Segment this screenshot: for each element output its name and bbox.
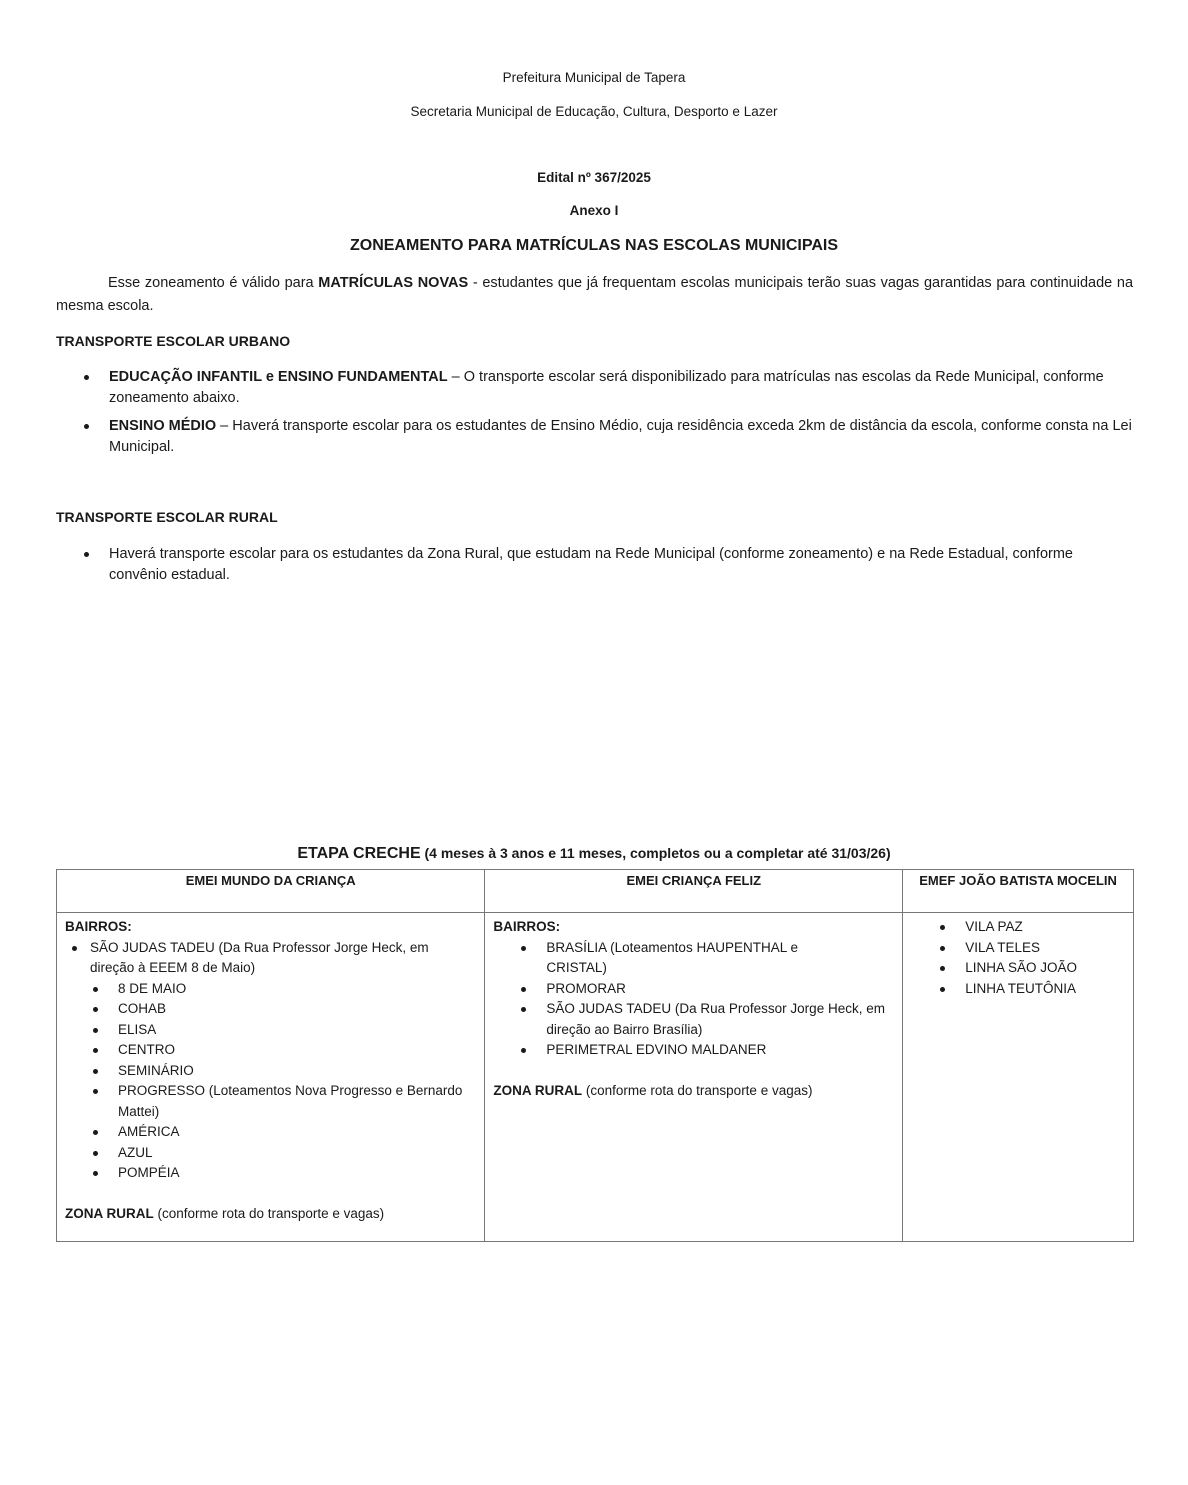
table-header-row: EMEI MUNDO DA CRIANÇA EMEI CRIANÇA FELIZ… xyxy=(57,870,1134,913)
list-item: SÃO JUDAS TADEU (Da Rua Professor Jorge … xyxy=(493,999,894,1040)
table-title-bold: ETAPA CRECHE xyxy=(297,845,420,862)
rural-zone-text: (conforme rota do transporte e vagas) xyxy=(154,1206,384,1221)
list-item: CENTRO xyxy=(65,1040,476,1061)
list-item: VILA TELES xyxy=(911,938,1125,959)
secretariat-name: Secretaria Municipal de Educação, Cultur… xyxy=(0,104,1188,119)
rural-transport-heading: TRANSPORTE ESCOLAR RURAL xyxy=(56,509,278,525)
urban-transport-heading: TRANSPORTE ESCOLAR URBANO xyxy=(56,333,290,349)
table-row: BAIRROS: SÃO JUDAS TADEU (Da Rua Profess… xyxy=(57,913,1134,1242)
neighborhoods-label: BAIRROS: xyxy=(65,917,476,938)
bullet-icon xyxy=(84,552,89,557)
column-header: EMEI MUNDO DA CRIANÇA xyxy=(57,870,485,913)
list-item-text: BRASÍLIA (Loteamentos HAUPENTHAL e CRIST… xyxy=(546,938,826,979)
list-item-text: LINHA SÃO JOÃO xyxy=(965,960,1077,975)
intro-text-pre: Esse zoneamento é válido para xyxy=(108,275,318,291)
bullet-icon xyxy=(940,966,945,971)
rural-zone-label: ZONA RURAL xyxy=(493,1083,582,1098)
list-item: PERIMETRAL EDVINO MALDANER xyxy=(493,1040,894,1061)
bullet-icon xyxy=(93,1171,98,1176)
intro-paragraph: Esse zoneamento é válido para MATRÍCULAS… xyxy=(56,272,1133,318)
table-title-sub: (4 meses à 3 anos e 11 meses, completos … xyxy=(421,845,891,861)
bullet-icon xyxy=(93,1028,98,1033)
list-item: AMÉRICA xyxy=(65,1122,476,1143)
bullet-icon xyxy=(93,1151,98,1156)
bullet-icon xyxy=(93,1130,98,1135)
list-item-bold: ENSINO MÉDIO xyxy=(109,418,216,434)
list-item-text: SEMINÁRIO xyxy=(118,1063,194,1078)
list-item: SÃO JUDAS TADEU (Da Rua Professor Jorge … xyxy=(65,938,476,979)
list-item-text: AMÉRICA xyxy=(118,1124,180,1139)
list-item-text: AZUL xyxy=(118,1145,153,1160)
bullet-icon xyxy=(93,1069,98,1074)
column-header: EMEF JOÃO BATISTA MOCELIN xyxy=(903,870,1134,913)
document-title: ZONEAMENTO PARA MATRÍCULAS NAS ESCOLAS M… xyxy=(0,237,1188,255)
list-item-text: CENTRO xyxy=(118,1042,175,1057)
table-cell-joao-batista-mocelin: VILA PAZ VILA TELES LINHA SÃO JOÃO LINHA… xyxy=(903,913,1134,1242)
list-item: 8 DE MAIO xyxy=(65,979,476,1000)
zoning-table: EMEI MUNDO DA CRIANÇA EMEI CRIANÇA FELIZ… xyxy=(56,869,1134,1242)
list-item: EDUCAÇÃO INFANTIL e ENSINO FUNDAMENTAL –… xyxy=(56,367,1136,409)
list-item-text: Haverá transporte escolar para os estuda… xyxy=(109,546,1073,583)
list-item: VILA PAZ xyxy=(911,917,1125,938)
bullet-icon xyxy=(521,1007,526,1012)
list-item: AZUL xyxy=(65,1143,476,1164)
list-item: ENSINO MÉDIO – Haverá transporte escolar… xyxy=(56,416,1136,458)
list-item: LINHA TEUTÔNIA xyxy=(911,979,1125,1000)
list-item-text: COHAB xyxy=(118,1001,166,1016)
rural-zone-note: ZONA RURAL (conforme rota do transporte … xyxy=(65,1204,476,1225)
annex-label: Anexo I xyxy=(0,203,1188,218)
bullet-icon xyxy=(940,946,945,951)
list-item: BRASÍLIA (Loteamentos HAUPENTHAL e CRIST… xyxy=(493,938,894,979)
list-item-text: LINHA TEUTÔNIA xyxy=(965,981,1076,996)
list-item-text: VILA TELES xyxy=(965,940,1040,955)
bullet-icon xyxy=(521,946,526,951)
bullet-icon xyxy=(93,987,98,992)
rural-zone-text: (conforme rota do transporte e vagas) xyxy=(582,1083,812,1098)
edital-number: Edital nº 367/2025 xyxy=(0,170,1188,185)
bullet-icon xyxy=(521,987,526,992)
list-item-text: 8 DE MAIO xyxy=(118,981,186,996)
list-item: LINHA SÃO JOÃO xyxy=(911,958,1125,979)
list-item-text: VILA PAZ xyxy=(965,919,1023,934)
rural-zone-note: ZONA RURAL (conforme rota do transporte … xyxy=(493,1081,894,1102)
list-item-text: SÃO JUDAS TADEU (Da Rua Professor Jorge … xyxy=(546,1001,885,1037)
bullet-icon xyxy=(940,925,945,930)
table-cell-crianca-feliz: BAIRROS: BRASÍLIA (Loteamentos HAUPENTHA… xyxy=(485,913,903,1242)
list-item-bold: EDUCAÇÃO INFANTIL e ENSINO FUNDAMENTAL xyxy=(109,369,448,385)
list-item: PROMORAR xyxy=(493,979,894,1000)
bullet-icon xyxy=(84,375,89,380)
list-item: ELISA xyxy=(65,1020,476,1041)
column-header: EMEI CRIANÇA FELIZ xyxy=(485,870,903,913)
list-item-text: ELISA xyxy=(118,1022,156,1037)
list-item: COHAB xyxy=(65,999,476,1020)
list-item: Haverá transporte escolar para os estuda… xyxy=(56,544,1106,586)
list-item-text: PERIMETRAL EDVINO MALDANER xyxy=(546,1042,766,1057)
intro-text-bold: MATRÍCULAS NOVAS xyxy=(318,275,468,291)
list-item-text: SÃO JUDAS TADEU (Da Rua Professor Jorge … xyxy=(90,940,429,976)
table-title: ETAPA CRECHE (4 meses à 3 anos e 11 mese… xyxy=(0,845,1188,863)
list-item-text: PROGRESSO (Loteamentos Nova Progresso e … xyxy=(118,1083,462,1119)
table-cell-mundo-da-crianca: BAIRROS: SÃO JUDAS TADEU (Da Rua Profess… xyxy=(57,913,485,1242)
neighborhoods-label: BAIRROS: xyxy=(493,917,894,938)
list-item-text: POMPÉIA xyxy=(118,1165,180,1180)
bullet-icon xyxy=(84,424,89,429)
bullet-icon xyxy=(93,1007,98,1012)
rural-transport-list: Haverá transporte escolar para os estuda… xyxy=(56,544,1106,586)
bullet-icon xyxy=(521,1048,526,1053)
list-item-text: PROMORAR xyxy=(546,981,626,996)
bullet-icon xyxy=(72,946,77,951)
list-item-text: – Haverá transporte escolar para os estu… xyxy=(109,418,1132,455)
bullet-icon xyxy=(940,987,945,992)
list-item: POMPÉIA xyxy=(65,1163,476,1184)
bullet-icon xyxy=(93,1048,98,1053)
urban-transport-list: EDUCAÇÃO INFANTIL e ENSINO FUNDAMENTAL –… xyxy=(56,367,1136,458)
list-item: SEMINÁRIO xyxy=(65,1061,476,1082)
rural-zone-label: ZONA RURAL xyxy=(65,1206,154,1221)
list-item: PROGRESSO (Loteamentos Nova Progresso e … xyxy=(65,1081,476,1122)
bullet-icon xyxy=(93,1089,98,1094)
municipality-name: Prefeitura Municipal de Tapera xyxy=(0,70,1188,85)
